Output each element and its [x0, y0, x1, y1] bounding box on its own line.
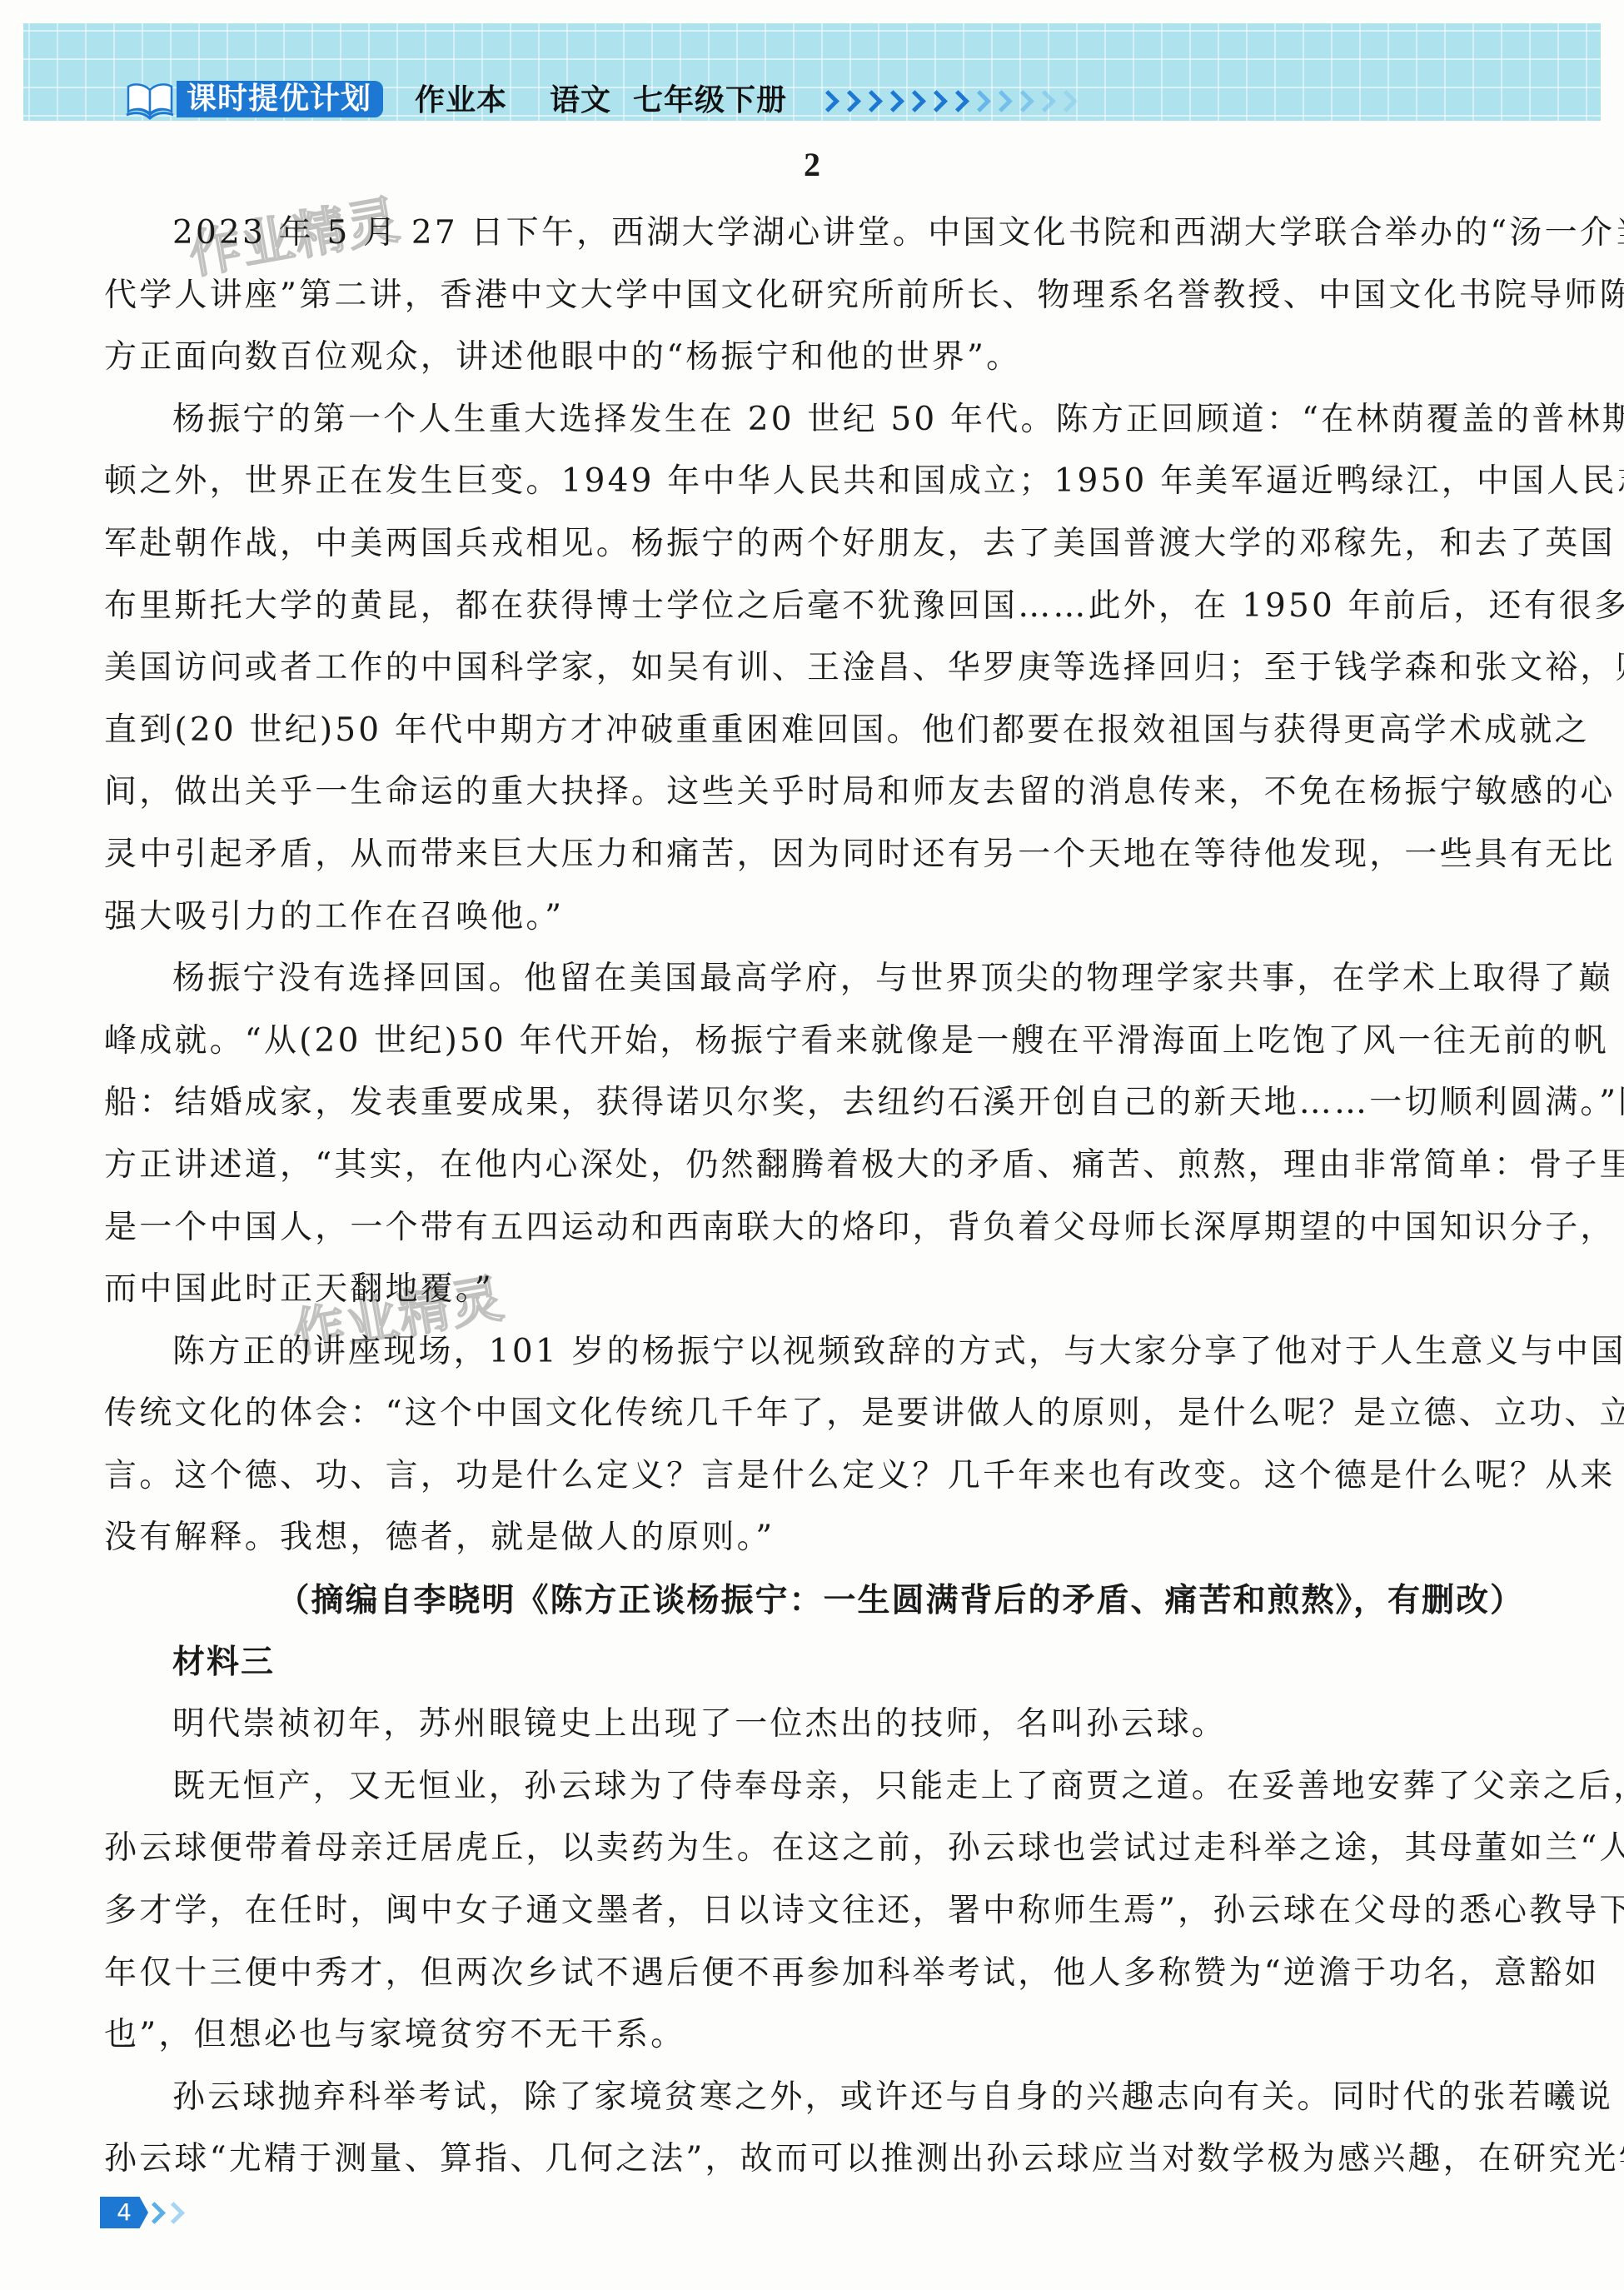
chevron-right-icon [904, 90, 926, 112]
grade-volume: 七年级下册 [633, 78, 787, 117]
text-line: 杨振宁的第一个人生重大选择发生在 20 世纪 50 年代。陈方正回顾道：“在林荫… [104, 389, 1524, 452]
text-line: 孙云球抛弃科举考试，除了家境贫寒之外，或许还与自身的兴趣志向有关。同时代的张若曦… [104, 2067, 1524, 2129]
chevron-right-icon [162, 2202, 185, 2224]
chevron-right-icon [860, 90, 883, 112]
page-number: 4 [100, 2197, 148, 2228]
chevron-right-icon [882, 90, 904, 112]
text-line: 多才学，在任时，闽中女子通文墨者，日以诗文往还，署中称师生焉”，孙云球在父母的悉… [104, 1880, 1524, 1943]
text-line: 强大吸引力的工作在召唤他。” [104, 886, 1524, 949]
chevron-right-icon [1055, 90, 1078, 112]
brand-logo: 课时提优计划 [125, 80, 383, 118]
text-line: 间，做出关乎一生命运的重大抉择。这些关乎时局和师友去留的消息传来，不免在杨振宁敏… [104, 761, 1524, 824]
text-line: 也”，但想必也与家境贫穷不无干系。 [104, 2004, 1524, 2067]
text-line: 而中国此时正天翻地覆。” [104, 1259, 1524, 1321]
chevron-right-icon [1034, 90, 1056, 112]
text-line: 代学人讲座”第二讲，香港中文大学中国文化研究所前所长、物理系名誉教授、中国文化书… [104, 265, 1524, 327]
text-line: 陈方正的讲座现场，101 岁的杨振宁以视频致辞的方式，与大家分享了他对于人生意义… [104, 1321, 1524, 1384]
section-number: 2 [0, 145, 1624, 184]
article-body: 2023 年 5 月 27 日下午，西湖大学湖心讲堂。中国文化书院和西湖大学联合… [104, 202, 1524, 2191]
subject: 语文 [550, 78, 611, 117]
chevron-right-icon [839, 90, 861, 112]
text-line: 既无恒产，又无恒业，孙云球为了侍奉母亲，只能走上了商贾之道。在妥善地安葬了父亲之… [104, 1756, 1524, 1819]
text-line: 2023 年 5 月 27 日下午，西湖大学湖心讲堂。中国文化书院和西湖大学联合… [104, 202, 1524, 265]
text-line: 明代崇祯初年，苏州眼镜史上出现了一位杰出的技师，名叫孙云球。 [104, 1694, 1524, 1756]
text-line: 美国访问或者工作的中国科学家，如吴有训、王淦昌、华罗庚等选择回归；至于钱学森和张… [104, 637, 1524, 700]
material-heading: 材料三 [104, 1632, 1524, 1694]
text-line: 船：结婚成家，发表重要成果，获得诺贝尔奖，去纽约石溪开创自己的新天地……一切顺利… [104, 1072, 1524, 1135]
chevron-right-icon [990, 90, 1013, 112]
chevron-right-icon [1012, 90, 1034, 112]
text-line: 峰成就。“从(20 世纪)50 年代开始，杨振宁看来就像是一艘在平滑海面上吃饱了… [104, 1010, 1524, 1073]
page-number-badge: 4 [100, 2197, 187, 2228]
chevron-decoration-icon [820, 87, 1080, 115]
chevron-right-icon [969, 90, 991, 112]
text-line: 言。这个德、功、言，功是什么定义？言是什么定义？几千年来也有改变。这个德是什么呢… [104, 1445, 1524, 1508]
chevron-right-icon [817, 90, 839, 112]
text-line: 传统文化的体会：“这个中国文化传统几千年了，是要讲做人的原则，是什么呢？是立德、… [104, 1383, 1524, 1445]
text-line: 直到(20 世纪)50 年代中期方才冲破重重困难回国。他们都要在报效祖国与获得更… [104, 700, 1524, 762]
text-line: 方正面向数百位观众，讲述他眼中的“杨振宁和他的世界”。 [104, 327, 1524, 389]
book-type: 作业本 [415, 78, 507, 117]
text-line: 杨振宁没有选择回国。他留在美国最高学府，与世界顶尖的物理学家共事，在学术上取得了… [104, 948, 1524, 1010]
text-line: 顿之外，世界正在发生巨变。1949 年中华人民共和国成立；1950 年美军逼近鸭… [104, 451, 1524, 513]
text-line: 年仅十三便中秀才，但两次乡试不遇后便不再参加科举考试，他人多称赞为“逆澹于功名，… [104, 1943, 1524, 2005]
text-line: 布里斯托大学的黄昆，都在获得博士学位之后毫不犹豫回国……此外，在 1950 年前… [104, 576, 1524, 638]
text-line: 是一个中国人，一个带有五四运动和西南联大的烙印，背负着父母师长深厚期望的中国知识… [104, 1197, 1524, 1260]
text-line: 孙云球便带着母亲迁居虎丘，以卖药为生。在这之前，孙云球也尝试过走科举之途，其母董… [104, 1818, 1524, 1880]
text-line: 没有解释。我想，德者，就是做人的原则。” [104, 1507, 1524, 1569]
text-line: 方正讲述道，“其实，在他内心深处，仍然翻腾着极大的矛盾、痛苦、煎熬，理由非常简单… [104, 1135, 1524, 1197]
text-line: 孙云球“尤精于测量、算指、几何之法”，故而可以推测出孙云球应当对数学极为感兴趣，… [104, 2128, 1524, 2191]
chevron-right-icon [947, 90, 969, 112]
text-line: 军赴朝作战，中美两国兵戎相见。杨振宁的两个好朋友，去了美国普渡大学的邓稼先，和去… [104, 513, 1524, 576]
open-book-icon [125, 78, 175, 120]
chevron-right-icon [925, 90, 948, 112]
source-citation: （摘编自李晓明《陈方正谈杨振宁：一生圆满背后的矛盾、痛苦和煎熬》，有删改） [104, 1569, 1524, 1632]
brand-name: 课时提优计划 [177, 81, 383, 117]
text-line: 灵中引起矛盾，从而带来巨大压力和痛苦，因为同时还有另一个天地在等待他发现，一些具… [104, 824, 1524, 886]
